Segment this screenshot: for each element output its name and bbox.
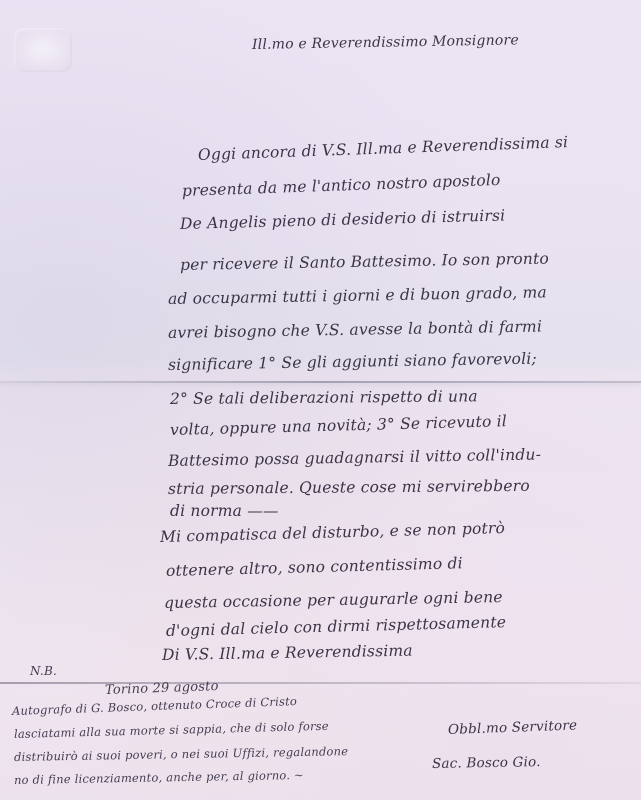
body-line: Oggi ancora di V.S. Ill.ma e Reverendiss… <box>198 133 569 164</box>
body-line: Di V.S. Ill.ma e Reverendissima <box>162 642 413 664</box>
embossed-monogram-icon <box>14 28 72 72</box>
margin-note-line: no di fine licenziamento, anche per, al … <box>14 768 304 787</box>
body-line: volta, oppure una novità; 3° Se ricevuto… <box>170 412 507 439</box>
margin-note-line: distribuirò ai suoi poveri, o nei suoi U… <box>14 744 348 764</box>
body-line: questa occasione per augurarle ogni bene <box>164 588 503 612</box>
body-line: per ricevere il Santo Battesimo. Io son … <box>180 250 549 274</box>
signature: Sac. Bosco Gio. <box>432 754 541 772</box>
closing-line: Obbl.mo Servitore <box>448 717 578 737</box>
body-line: ad occuparmi tutti i giorni e di buon gr… <box>168 283 547 308</box>
margin-note-dateline: Torino 29 agosto <box>105 679 219 698</box>
body-line: De Angelis pieno di desiderio di istruir… <box>180 206 506 233</box>
fold-line <box>0 682 641 684</box>
salutation: Ill.mo e Reverendissimo Monsignore <box>252 32 519 53</box>
margin-note-line: lasciatami alla sua morte si sappia, che… <box>14 719 329 741</box>
body-line: Mi compatisca del disturbo, e se non pot… <box>160 519 506 546</box>
margin-note-label: N.B. <box>30 664 57 678</box>
body-line: significare 1° Se gli aggiunti siano fav… <box>168 350 537 374</box>
body-line: 2° Se tali deliberazioni rispetto di una <box>170 387 478 408</box>
body-line: avrei bisogno che V.S. avesse la bontà d… <box>168 317 542 342</box>
fold-line <box>0 381 641 383</box>
body-line: presenta da me l'antico nostro apostolo <box>182 171 501 200</box>
body-line: d'ogni dal cielo con dirmi rispettosamen… <box>166 613 507 640</box>
body-line: ottenere altro, sono contentissimo di <box>166 554 463 580</box>
letter-page: Ill.mo e Reverendissimo Monsignore Oggi … <box>0 0 641 800</box>
body-line: stria personale. Queste cose mi servireb… <box>168 477 530 498</box>
body-line: di norma —— <box>170 502 279 520</box>
margin-note-line: Autografo di G. Bosco, ottenuto Croce di… <box>12 694 297 718</box>
body-line: Battesimo possa guadagnarsi il vitto col… <box>168 445 541 470</box>
